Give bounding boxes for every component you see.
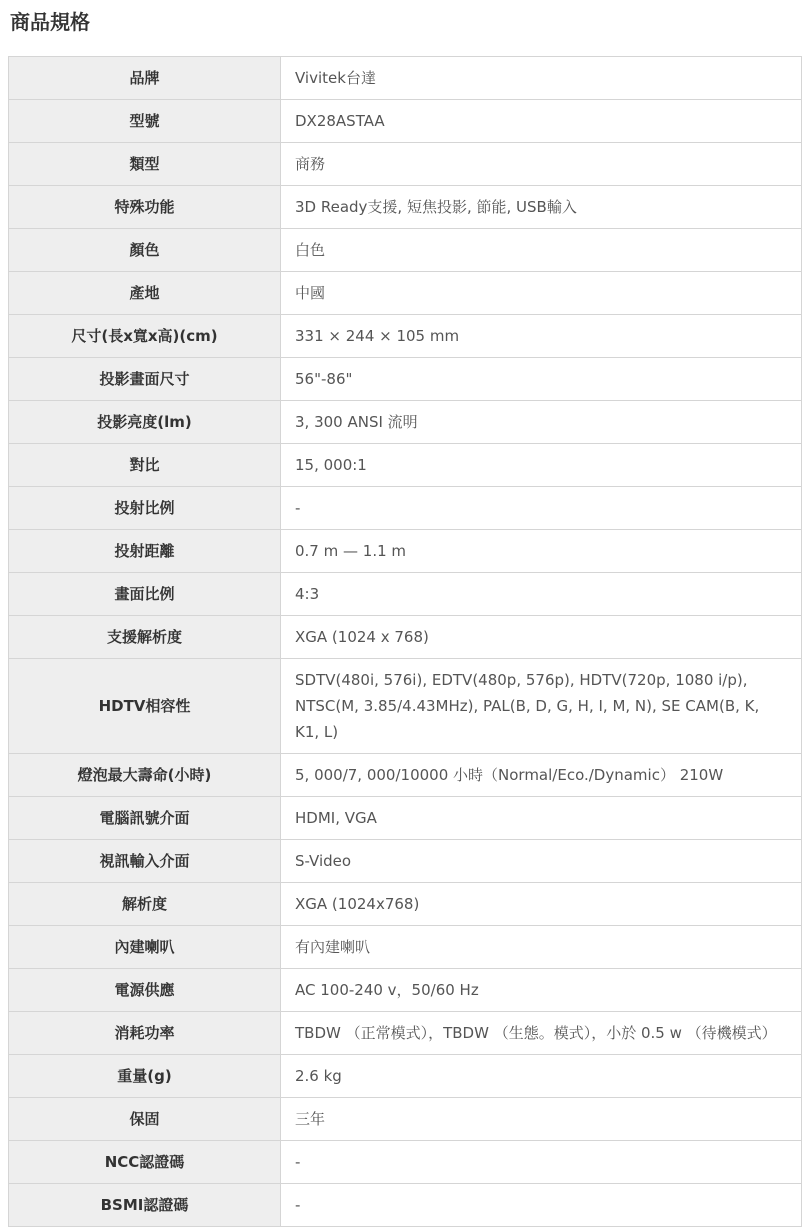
spec-label: 顏色 — [9, 229, 281, 272]
spec-label: HDTV相容性 — [9, 659, 281, 754]
spec-value: 三年 — [281, 1098, 802, 1141]
spec-value: 15, 000:1 — [281, 444, 802, 487]
spec-row: 對比15, 000:1 — [9, 444, 802, 487]
spec-label: NCC認證碼 — [9, 1141, 281, 1184]
spec-value: 有內建喇叭 — [281, 926, 802, 969]
spec-label: 燈泡最大壽命(小時) — [9, 754, 281, 797]
spec-label: 畫面比例 — [9, 573, 281, 616]
spec-label: 保固 — [9, 1098, 281, 1141]
spec-label: 投影畫面尺寸 — [9, 358, 281, 401]
spec-row: 支援解析度XGA (1024 x 768) — [9, 616, 802, 659]
spec-value: 0.7 m — 1.1 m — [281, 530, 802, 573]
spec-label: 產地 — [9, 272, 281, 315]
spec-label: 投影亮度(lm) — [9, 401, 281, 444]
spec-row: 顏色白色 — [9, 229, 802, 272]
spec-label: 消耗功率 — [9, 1012, 281, 1055]
spec-value: XGA (1024 x 768) — [281, 616, 802, 659]
spec-value: 56"-86" — [281, 358, 802, 401]
spec-row: 投射距離0.7 m — 1.1 m — [9, 530, 802, 573]
spec-label: 投射比例 — [9, 487, 281, 530]
spec-row: 品牌Vivitek台達 — [9, 57, 802, 100]
spec-label: 重量(g) — [9, 1055, 281, 1098]
spec-row: 重量(g)2.6 kg — [9, 1055, 802, 1098]
spec-row: 類型商務 — [9, 143, 802, 186]
spec-table: 品牌Vivitek台達型號DX28ASTAA類型商務特殊功能3D Ready支援… — [8, 56, 802, 1227]
spec-label: 類型 — [9, 143, 281, 186]
spec-row: 消耗功率TBDW （正常模式），TBDW （生態。模式），小於 0.5 w （待… — [9, 1012, 802, 1055]
spec-row: 燈泡最大壽命(小時)5, 000/7, 000/10000 小時（Normal/… — [9, 754, 802, 797]
spec-label: 品牌 — [9, 57, 281, 100]
spec-table-body: 品牌Vivitek台達型號DX28ASTAA類型商務特殊功能3D Ready支援… — [9, 57, 802, 1227]
spec-row: 解析度XGA (1024x768) — [9, 883, 802, 926]
spec-value: Vivitek台達 — [281, 57, 802, 100]
spec-row: 產地中國 — [9, 272, 802, 315]
spec-label: 投射距離 — [9, 530, 281, 573]
spec-label: 支援解析度 — [9, 616, 281, 659]
spec-label: 內建喇叭 — [9, 926, 281, 969]
spec-value: 4:3 — [281, 573, 802, 616]
spec-value: 中國 — [281, 272, 802, 315]
spec-value: 331 × 244 × 105 mm — [281, 315, 802, 358]
spec-row: 尺寸(長x寬x高)(cm)331 × 244 × 105 mm — [9, 315, 802, 358]
spec-value: - — [281, 1141, 802, 1184]
spec-label: 型號 — [9, 100, 281, 143]
spec-row: 電源供應AC 100-240 v，50/60 Hz — [9, 969, 802, 1012]
spec-value: DX28ASTAA — [281, 100, 802, 143]
spec-value: HDMI, VGA — [281, 797, 802, 840]
spec-label: 視訊輸入介面 — [9, 840, 281, 883]
spec-value: XGA (1024x768) — [281, 883, 802, 926]
spec-row: 電腦訊號介面HDMI, VGA — [9, 797, 802, 840]
spec-value: AC 100-240 v，50/60 Hz — [281, 969, 802, 1012]
spec-value: 白色 — [281, 229, 802, 272]
spec-row: 保固三年 — [9, 1098, 802, 1141]
spec-row: HDTV相容性SDTV(480i, 576i), EDTV(480p, 576p… — [9, 659, 802, 754]
spec-label: 解析度 — [9, 883, 281, 926]
spec-value: 2.6 kg — [281, 1055, 802, 1098]
spec-row: 投射比例- — [9, 487, 802, 530]
spec-row: 畫面比例4:3 — [9, 573, 802, 616]
spec-value: 3D Ready支援, 短焦投影, 節能, USB輸入 — [281, 186, 802, 229]
spec-row: BSMI認證碼- — [9, 1184, 802, 1227]
spec-label: 對比 — [9, 444, 281, 487]
spec-row: 內建喇叭有內建喇叭 — [9, 926, 802, 969]
spec-row: 視訊輸入介面S-Video — [9, 840, 802, 883]
spec-row: 特殊功能3D Ready支援, 短焦投影, 節能, USB輸入 — [9, 186, 802, 229]
spec-value: - — [281, 1184, 802, 1227]
page-title: 商品規格 — [10, 8, 810, 36]
spec-value: 3, 300 ANSI 流明 — [281, 401, 802, 444]
spec-row: 投影畫面尺寸56"-86" — [9, 358, 802, 401]
spec-value: - — [281, 487, 802, 530]
spec-value: 5, 000/7, 000/10000 小時（Normal/Eco./Dynam… — [281, 754, 802, 797]
spec-value: TBDW （正常模式），TBDW （生態。模式），小於 0.5 w （待機模式） — [281, 1012, 802, 1055]
spec-label: 尺寸(長x寬x高)(cm) — [9, 315, 281, 358]
spec-row: NCC認證碼- — [9, 1141, 802, 1184]
spec-value: S-Video — [281, 840, 802, 883]
spec-row: 投影亮度(lm)3, 300 ANSI 流明 — [9, 401, 802, 444]
spec-value: 商務 — [281, 143, 802, 186]
spec-label: 電腦訊號介面 — [9, 797, 281, 840]
spec-label: 特殊功能 — [9, 186, 281, 229]
spec-label: 電源供應 — [9, 969, 281, 1012]
spec-label: BSMI認證碼 — [9, 1184, 281, 1227]
spec-value: SDTV(480i, 576i), EDTV(480p, 576p), HDTV… — [281, 659, 802, 754]
spec-row: 型號DX28ASTAA — [9, 100, 802, 143]
